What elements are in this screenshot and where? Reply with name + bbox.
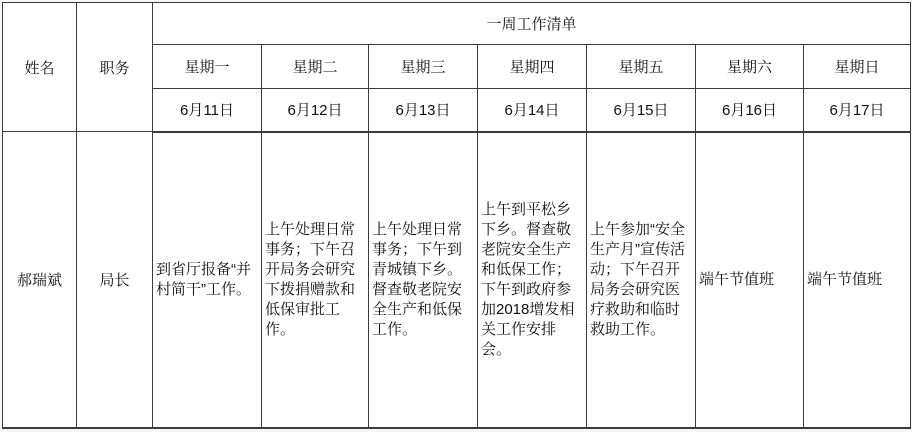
weekday-header-saturday: 星期六 — [696, 45, 804, 89]
weekday-header-wednesday: 星期三 — [369, 45, 478, 89]
date-header-tuesday: 6月12日 — [262, 89, 369, 132]
date-header-friday: 6月15日 — [587, 89, 696, 132]
weekday-header-monday: 星期一 — [153, 45, 262, 89]
date-header-saturday: 6月16日 — [696, 89, 804, 132]
weekday-header-sunday: 星期日 — [804, 45, 911, 89]
entry-cell-thursday: 上午到平松乡下乡。督查敬老院安全生产和低保工作；下午到政府参加2018增发相关工… — [478, 132, 587, 428]
date-header-thursday: 6月14日 — [478, 89, 587, 132]
week-worklist-title: 一周工作清单 — [153, 3, 911, 45]
entry-cell-monday: 到省厅报备“并村简干”工作。 — [153, 132, 262, 428]
date-header-sunday: 6月17日 — [804, 89, 911, 132]
entry-cell-tuesday: 上午处理日常事务；下午召开局务会研究下拨捐赠款和低保审批工作。 — [262, 132, 369, 428]
weekday-header-friday: 星期五 — [587, 45, 696, 89]
weekday-header-tuesday: 星期二 — [262, 45, 369, 89]
entry-cell-wednesday: 上午处理日常事务；下午到青城镇下乡。督查敬老院安全生产和低保工作。 — [369, 132, 478, 428]
employee-position-cell: 局长 — [77, 132, 153, 428]
date-header-wednesday: 6月13日 — [369, 89, 478, 132]
entry-cell-saturday: 端午节值班 — [696, 132, 804, 428]
name-column-header: 姓名 — [3, 3, 77, 132]
date-header-monday: 6月11日 — [153, 89, 262, 132]
employee-name-cell: 郝瑞斌 — [3, 132, 77, 428]
weekly-schedule-table-container: 姓名 职务 一周工作清单 星期一 星期二 星期三 星期四 星期五 星期六 星期日… — [2, 2, 911, 429]
entry-cell-sunday: 端午节值班 — [804, 132, 911, 428]
table-row: 郝瑞斌 局长 到省厅报备“并村简干”工作。 上午处理日常事务；下午召开局务会研究… — [3, 132, 911, 428]
entry-cell-friday: 上午参加“安全生产月”宣传活动；下午召开局务会研究医疗救助和临时救助工作。 — [587, 132, 696, 428]
weekday-header-thursday: 星期四 — [478, 45, 587, 89]
weekly-schedule-table: 姓名 职务 一周工作清单 星期一 星期二 星期三 星期四 星期五 星期六 星期日… — [2, 2, 911, 429]
position-column-header: 职务 — [77, 3, 153, 132]
